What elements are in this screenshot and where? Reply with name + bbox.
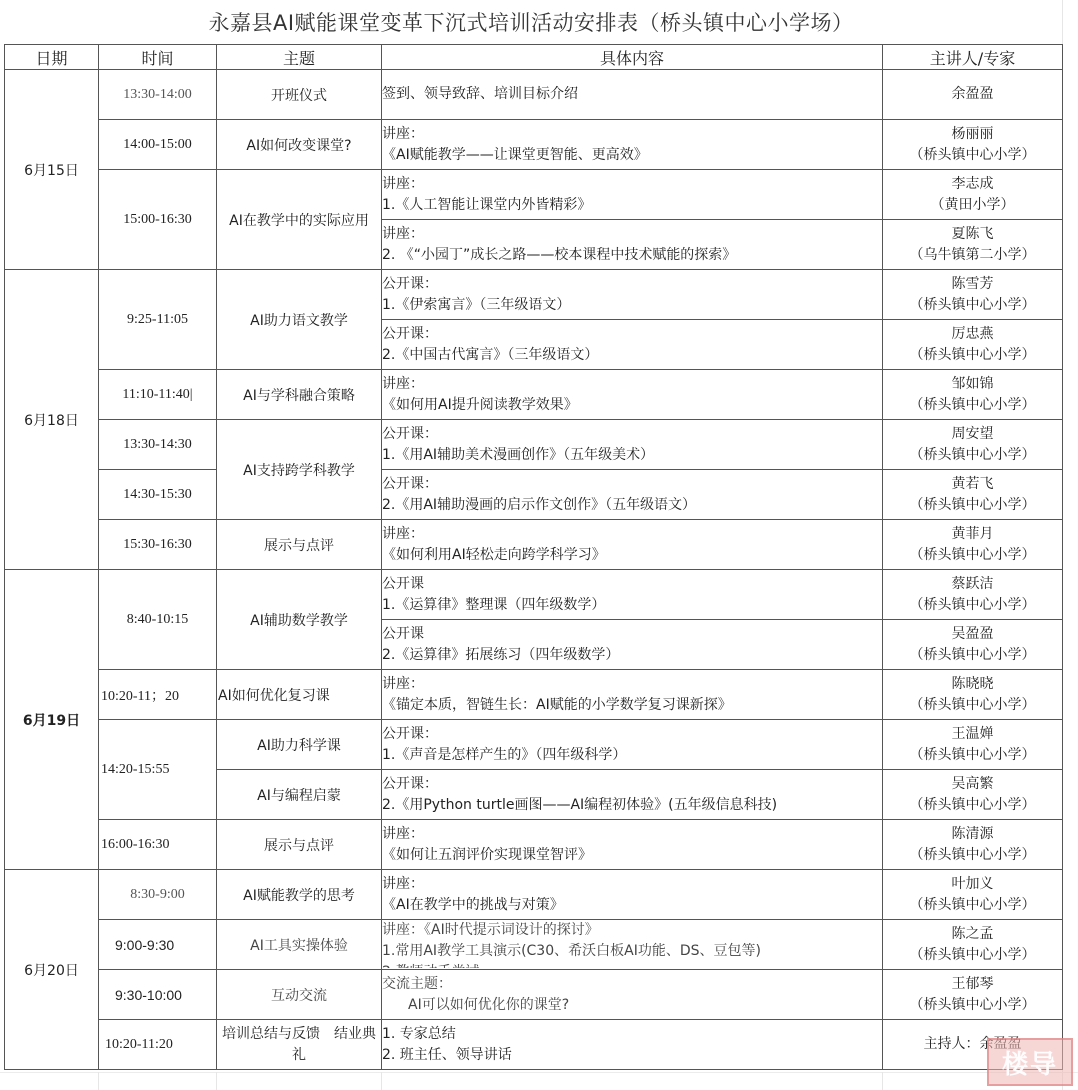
table-row: 6月20日 8:30-9:00 AI赋能教学的思考 讲座： 《AI在教学中的挑战…: [5, 870, 1063, 920]
time-cell[interactable]: 16:00-16:30: [99, 820, 217, 870]
topic-cell[interactable]: AI赋能教学的思考: [217, 870, 382, 920]
time-cell[interactable]: 8:40-10:15: [99, 570, 217, 670]
content-line: 讲座：: [382, 174, 882, 195]
time-cell[interactable]: 8:30-9:00: [99, 870, 217, 920]
table-row: 16:00-16:30 展示与点评 讲座： 《如何让五润评价实现课堂智评》 陈清…: [5, 820, 1063, 870]
topic-cell[interactable]: AI在教学中的实际应用: [217, 170, 382, 270]
topic-cell[interactable]: AI如何优化复习课: [217, 670, 382, 720]
topic-cell[interactable]: AI助力语文教学: [217, 270, 382, 370]
speaker-school: （桥头镇中心小学）: [883, 445, 1062, 466]
speaker-school: （黄田小学）: [883, 195, 1062, 216]
header-date[interactable]: 日期: [5, 45, 99, 70]
speaker-school: （桥头镇中心小学）: [883, 745, 1062, 766]
speaker-name: 吴盈盈: [883, 624, 1062, 645]
speaker-school: （桥头镇中心小学）: [883, 345, 1062, 366]
content-line: 《如何利用AI轻松走向跨学科学习》: [382, 545, 882, 566]
watermark-logo: 楼导: [987, 1038, 1073, 1086]
speaker-name: 黄若飞: [883, 474, 1062, 495]
content-cell[interactable]: 公开课 1.《运算律》整理课（四年级数学）: [382, 570, 883, 620]
content-line: 1. 专家总结: [382, 1024, 882, 1045]
speaker-name: 陈之孟: [883, 924, 1062, 945]
content-cell[interactable]: 公开课 2.《运算律》拓展练习（四年级数学）: [382, 620, 883, 670]
time-cell[interactable]: 14:20-15:55: [99, 720, 217, 820]
speaker-name: 邹如锦: [883, 374, 1062, 395]
speaker-cell[interactable]: 黄菲月 （桥头镇中心小学）: [883, 520, 1063, 570]
content-line: 1.《运算律》整理课（四年级数学）: [382, 595, 882, 616]
content-cell[interactable]: 公开课： 2.《中国古代寓言》（三年级语文）: [382, 320, 883, 370]
table-row: 15:00-16:30 AI在教学中的实际应用 讲座： 1.《人工智能让课堂内外…: [5, 170, 1063, 220]
time-cell[interactable]: 9:30-10:00: [99, 970, 217, 1020]
speaker-school: （桥头镇中心小学）: [883, 895, 1062, 916]
speaker-school: （桥头镇中心小学）: [883, 145, 1062, 166]
content-line: 签到、领导致辞、培训目标介绍: [382, 84, 882, 105]
content-line: 2.《用AI辅助漫画的启示作文创作》（五年级语文）: [382, 495, 882, 516]
content-line: 讲座：: [382, 524, 882, 545]
speaker-name: 夏陈飞: [883, 224, 1062, 245]
topic-cell[interactable]: AI工具实操体验: [217, 920, 382, 970]
topic-cell[interactable]: AI支持跨学科教学: [217, 420, 382, 520]
speaker-school: （桥头镇中心小学）: [883, 945, 1062, 966]
speaker-cell[interactable]: 夏陈飞 （乌牛镇第二小学）: [883, 220, 1063, 270]
content-line: AI可以如何优化你的课堂?: [382, 995, 882, 1016]
topic-cell[interactable]: AI如何改变课堂?: [217, 120, 382, 170]
content-cell[interactable]: 讲座： 《如何让五润评价实现课堂智评》: [382, 820, 883, 870]
content-cell[interactable]: 讲座： 1.《人工智能让课堂内外皆精彩》: [382, 170, 883, 220]
speaker-cell[interactable]: 陈雪芳 （桥头镇中心小学）: [883, 270, 1063, 320]
header-time[interactable]: 时间: [99, 45, 217, 70]
content-cell[interactable]: 讲座： 《如何用AI提升阅读教学效果》: [382, 370, 883, 420]
schedule-table: 日期 时间 主题 具体内容 主讲人/专家 6月15日 13:30-14:00 开…: [4, 44, 1063, 1070]
content-line: 讲座：: [382, 224, 882, 245]
table-row: 13:30-14:30 AI支持跨学科教学 公开课： 1.《用AI辅助美术漫画创…: [5, 420, 1063, 470]
speaker-cell[interactable]: 陈之孟 （桥头镇中心小学）: [883, 920, 1063, 970]
content-cell[interactable]: 公开课： 2.《用Python turtle画图——AI编程初体验》(五年级信息…: [382, 770, 883, 820]
table-row: 6月19日 8:40-10:15 AI辅助数学教学 公开课 1.《运算律》整理课…: [5, 570, 1063, 620]
topic-cell[interactable]: AI与学科融合策略: [217, 370, 382, 420]
topic-cell[interactable]: 互动交流: [217, 970, 382, 1020]
speaker-cell[interactable]: 厉忠燕 （桥头镇中心小学）: [883, 320, 1063, 370]
content-line: 讲座：: [382, 824, 882, 845]
speaker-cell[interactable]: 邹如锦 （桥头镇中心小学）: [883, 370, 1063, 420]
content-line: 讲座：: [382, 124, 882, 145]
content-cell[interactable]: 公开课： 2.《用AI辅助漫画的启示作文创作》（五年级语文）: [382, 470, 883, 520]
speaker-school: （桥头镇中心小学）: [883, 845, 1062, 866]
sheet-title: 永嘉县AI赋能课堂变革下沉式培训活动安排表（桥头镇中心小学场）: [0, 0, 1062, 44]
speaker-school: （桥头镇中心小学）: [883, 395, 1062, 416]
speaker-cell[interactable]: 王郁琴 （桥头镇中心小学）: [883, 970, 1063, 1020]
topic-cell[interactable]: 开班仪式: [217, 70, 382, 120]
speaker-school: （乌牛镇第二小学）: [883, 245, 1062, 266]
speaker-name: 厉忠燕: [883, 324, 1062, 345]
time-cell[interactable]: 15:00-16:30: [99, 170, 217, 270]
speaker-cell[interactable]: 王温婵 （桥头镇中心小学）: [883, 720, 1063, 770]
date-cell[interactable]: 6月18日: [5, 270, 99, 570]
time-cell[interactable]: 10:20-11；20: [99, 670, 217, 720]
content-line: 2.《用Python turtle画图——AI编程初体验》(五年级信息科技): [382, 795, 882, 816]
table-row: 9:00-9:30 AI工具实操体验 讲座：《AI时代提示词设计的探讨》 1.常…: [5, 920, 1063, 970]
content-cell[interactable]: 交流主题： AI可以如何优化你的课堂?: [382, 970, 883, 1020]
content-line: 1.《用AI辅助美术漫画创作》（五年级美术）: [382, 445, 882, 466]
content-line: 《AI赋能教学——让课堂更智能、更高效》: [382, 145, 882, 166]
speaker-cell[interactable]: 吴盈盈 （桥头镇中心小学）: [883, 620, 1063, 670]
speaker-name: 吴高繁: [883, 774, 1062, 795]
content-cell[interactable]: 讲座： 《AI在教学中的挑战与对策》: [382, 870, 883, 920]
header-content[interactable]: 具体内容: [382, 45, 883, 70]
time-cell[interactable]: 15:30-16:30: [99, 520, 217, 570]
content-line: 《锚定本质，智链生长：AI赋能的小学数学复习课新探》: [382, 695, 882, 716]
speaker-school: （桥头镇中心小学）: [883, 545, 1062, 566]
date-cell[interactable]: 6月19日: [5, 570, 99, 870]
speaker-cell[interactable]: 黄若飞 （桥头镇中心小学）: [883, 470, 1063, 520]
content-line: 公开课：: [382, 774, 882, 795]
topic-cell[interactable]: AI辅助数学教学: [217, 570, 382, 670]
table-row: 14:00-15:00 AI如何改变课堂? 讲座： 《AI赋能教学——让课堂更智…: [5, 120, 1063, 170]
table-row: 10:20-11；20 AI如何优化复习课 讲座： 《锚定本质，智链生长：AI赋…: [5, 670, 1063, 720]
content-cell[interactable]: 讲座： 《如何利用AI轻松走向跨学科学习》: [382, 520, 883, 570]
speaker-name: 蔡跃洁: [883, 574, 1062, 595]
content-line: 《如何让五润评价实现课堂智评》: [382, 845, 882, 866]
speaker-school: （桥头镇中心小学）: [883, 695, 1062, 716]
date-cell[interactable]: 6月20日: [5, 870, 99, 1070]
content-line: 公开课：: [382, 274, 882, 295]
header-row: 日期 时间 主题 具体内容 主讲人/专家: [5, 45, 1063, 70]
speaker-cell[interactable]: 陈清源 （桥头镇中心小学）: [883, 820, 1063, 870]
speaker-cell[interactable]: 叶加义 （桥头镇中心小学）: [883, 870, 1063, 920]
speaker-school: （桥头镇中心小学）: [883, 495, 1062, 516]
table-row: 10:20-11:20 培训总结与反馈 结业典礼 1. 专家总结 2. 班主任、…: [5, 1020, 1063, 1070]
time-cell[interactable]: 14:30-15:30: [99, 470, 217, 520]
date-cell[interactable]: 6月15日: [5, 70, 99, 270]
content-line: 《AI在教学中的挑战与对策》: [382, 895, 882, 916]
content-cell[interactable]: 讲座： 《锚定本质，智链生长：AI赋能的小学数学复习课新探》: [382, 670, 883, 720]
topic-cell[interactable]: AI与编程启蒙: [217, 770, 382, 820]
speaker-school: （桥头镇中心小学）: [883, 795, 1062, 816]
speaker-name: 陈晓晓: [883, 674, 1062, 695]
content-line: 公开课：: [382, 474, 882, 495]
time-cell[interactable]: 13:30-14:30: [99, 420, 217, 470]
content-line: 2.《中国古代寓言》（三年级语文）: [382, 345, 882, 366]
content-line: 1.《人工智能让课堂内外皆精彩》: [382, 195, 882, 216]
content-cell[interactable]: 公开课： 1.《声音是怎样产生的》（四年级科学）: [382, 720, 883, 770]
speaker-school: （桥头镇中心小学）: [883, 995, 1062, 1016]
table-row: 6月18日 9:25-11:05 AI助力语文教学 公开课： 1.《伊索寓言》（…: [5, 270, 1063, 320]
content-cell[interactable]: 讲座：《AI时代提示词设计的探讨》 1.常用AI教学工具演示(C30、希沃白板A…: [382, 920, 883, 970]
speaker-school: （桥头镇中心小学）: [883, 595, 1062, 616]
table-row: 11:10-11:40| AI与学科融合策略 讲座： 《如何用AI提升阅读教学效…: [5, 370, 1063, 420]
speaker-name: 王温婵: [883, 724, 1062, 745]
grid-line: [0, 1072, 1078, 1073]
grid-line: [882, 1072, 883, 1090]
content-cell[interactable]: 1. 专家总结 2. 班主任、领导讲话: [382, 1020, 883, 1070]
topic-cell[interactable]: 展示与点评: [217, 820, 382, 870]
content-line: 公开课: [382, 574, 882, 595]
content-line: 1.常用AI教学工具演示(C30、希沃白板AI功能、DS、豆包等): [382, 941, 882, 962]
table-row: 14:20-15:55 AI助力科学课 公开课： 1.《声音是怎样产生的》（四年…: [5, 720, 1063, 770]
speaker-name: 陈清源: [883, 824, 1062, 845]
speaker-cell[interactable]: 周安望 （桥头镇中心小学）: [883, 420, 1063, 470]
speaker-name: 李志成: [883, 174, 1062, 195]
content-line: 2. 班主任、领导讲话: [382, 1045, 882, 1066]
table-row: 15:30-16:30 展示与点评 讲座： 《如何利用AI轻松走向跨学科学习》 …: [5, 520, 1063, 570]
content-line: 讲座：《AI时代提示词设计的探讨》: [382, 920, 882, 941]
content-line: 讲座：: [382, 674, 882, 695]
time-cell[interactable]: 11:10-11:40|: [99, 370, 217, 420]
header-speaker[interactable]: 主讲人/专家: [883, 45, 1063, 70]
content-cell[interactable]: 讲座： 2. 《“小园丁”成长之路——校本课程中技术赋能的探索》: [382, 220, 883, 270]
time-cell[interactable]: 13:30-14:00: [99, 70, 217, 120]
topic-cell[interactable]: 培训总结与反馈 结业典礼: [217, 1020, 382, 1070]
content-line: 1.《伊索寓言》（三年级语文）: [382, 295, 882, 316]
speaker-name: 余盈盈: [883, 84, 1062, 105]
grid-line: [381, 1072, 382, 1090]
grid-line: [98, 1072, 99, 1090]
content-line: 1.《声音是怎样产生的》（四年级科学）: [382, 745, 882, 766]
content-cell[interactable]: 公开课： 1.《伊索寓言》（三年级语文）: [382, 270, 883, 320]
time-cell[interactable]: 14:00-15:00: [99, 120, 217, 170]
speaker-cell[interactable]: 余盈盈: [883, 70, 1063, 120]
content-line: 《如何用AI提升阅读教学效果》: [382, 395, 882, 416]
content-line: 讲座：: [382, 874, 882, 895]
table-row: 9:30-10:00 互动交流 交流主题： AI可以如何优化你的课堂? 王郁琴 …: [5, 970, 1063, 1020]
table-row: 14:30-15:30 公开课： 2.《用AI辅助漫画的启示作文创作》（五年级语…: [5, 470, 1063, 520]
content-cell[interactable]: 讲座： 《AI赋能教学——让课堂更智能、更高效》: [382, 120, 883, 170]
speaker-cell[interactable]: 陈晓晓 （桥头镇中心小学）: [883, 670, 1063, 720]
speaker-name: 陈雪芳: [883, 274, 1062, 295]
speaker-name: 王郁琴: [883, 974, 1062, 995]
content-line: 公开课：: [382, 724, 882, 745]
content-line: 讲座：: [382, 374, 882, 395]
content-cell[interactable]: 签到、领导致辞、培训目标介绍: [382, 70, 883, 120]
speaker-school: （桥头镇中心小学）: [883, 645, 1062, 666]
topic-cell[interactable]: 展示与点评: [217, 520, 382, 570]
content-line: 交流主题：: [382, 974, 882, 995]
speaker-school: （桥头镇中心小学）: [883, 295, 1062, 316]
time-cell[interactable]: 10:20-11:20: [99, 1020, 217, 1070]
speaker-name: 杨丽丽: [883, 124, 1062, 145]
content-line: 公开课: [382, 624, 882, 645]
speaker-cell[interactable]: 蔡跃洁 （桥头镇中心小学）: [883, 570, 1063, 620]
topic-cell[interactable]: AI助力科学课: [217, 720, 382, 770]
header-topic[interactable]: 主题: [217, 45, 382, 70]
speaker-name: 黄菲月: [883, 524, 1062, 545]
speaker-cell[interactable]: 李志成 （黄田小学）: [883, 170, 1063, 220]
speaker-name: 叶加义: [883, 874, 1062, 895]
time-cell[interactable]: 9:25-11:05: [99, 270, 217, 370]
speaker-name: 周安望: [883, 424, 1062, 445]
content-cell[interactable]: 公开课： 1.《用AI辅助美术漫画创作》（五年级美术）: [382, 420, 883, 470]
content-line: 公开课：: [382, 324, 882, 345]
grid-line: [216, 1072, 217, 1090]
speaker-cell[interactable]: 杨丽丽 （桥头镇中心小学）: [883, 120, 1063, 170]
content-line: 2. 《“小园丁”成长之路——校本课程中技术赋能的探索》: [382, 245, 882, 266]
speaker-cell[interactable]: 吴高繁 （桥头镇中心小学）: [883, 770, 1063, 820]
content-line: 公开课：: [382, 424, 882, 445]
content-line-clipped: 2.教师动手尝试: [382, 962, 882, 968]
time-cell[interactable]: 9:00-9:30: [99, 920, 217, 970]
content-line: 2.《运算律》拓展练习（四年级数学）: [382, 645, 882, 666]
table-row: 6月15日 13:30-14:00 开班仪式 签到、领导致辞、培训目标介绍 余盈…: [5, 70, 1063, 120]
